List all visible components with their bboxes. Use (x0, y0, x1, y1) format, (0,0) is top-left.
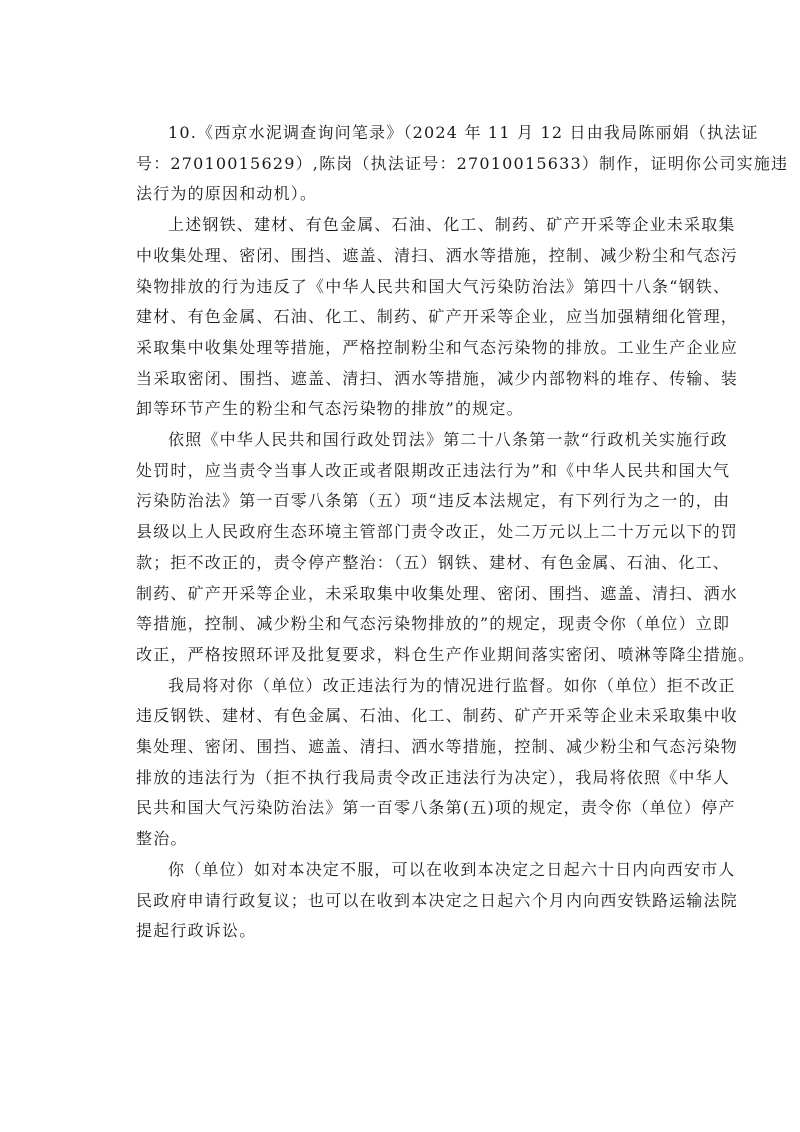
text-line: 县级以上人民政府生态环境主管部门责令改正，处二万元以上二十万元以下的罚 (136, 517, 670, 548)
text-line: 我局将对你（单位）改正违法行为的情况进行监督。如你（单位）拒不改正 (136, 671, 670, 702)
text-line: 整治。 (136, 824, 670, 855)
paragraph-appeal-rights: 你（单位）如对本决定不服，可以在收到本决定之日起六十日内向西安市人 民政府申请行… (136, 855, 670, 947)
text-line: 你（单位）如对本决定不服，可以在收到本决定之日起六十日内向西安市人 (136, 855, 670, 886)
text-line: 当采取密闭、围挡、遮盖、清扫、洒水等措施，减少内部物料的堆存、传输、装 (136, 364, 670, 395)
text-line: 依照《中华人民共和国行政处罚法》第二十八条第一款“行政机关实施行政 (136, 425, 670, 456)
text-line: 法行为的原因和动机）。 (136, 179, 670, 210)
text-line: 民共和国大气污染防治法》第一百零八条第(五)项的规定，责令你（单位）停产 (136, 793, 670, 824)
paragraph-evidence-item-10: 10.《西京水泥调查询问笔录》（2024 年 11 月 12 日由我局陈丽娟（执… (136, 118, 670, 210)
text-line: 改正，严格按照环评及批复要求，料仓生产作业期间落实密闭、喷淋等降尘措施。 (136, 640, 670, 671)
text-line: 违反钢铁、建材、有色金属、石油、化工、制药、矿产开采等企业未采取集中收 (136, 701, 670, 732)
text-line: 采取集中收集处理等措施，严格控制粉尘和气态污染物的排放。工业生产企业应 (136, 333, 670, 364)
text-line: 污染防治法》第一百零八条第（五）项“违反本法规定，有下列行为之一的，由 (136, 486, 670, 517)
text-line: 染物排放的行为违反了《中华人民共和国大气污染防治法》第四十八条“钢铁、 (136, 272, 670, 303)
text-line: 处罚时，应当责令当事人改正或者限期改正违法行为”和《中华人民共和国大气 (136, 456, 670, 487)
text-line: 民政府申请行政复议；也可以在收到本决定之日起六个月内向西安铁路运输法院 (136, 886, 670, 917)
text-line: 中收集处理、密闭、围挡、遮盖、清扫、洒水等措施，控制、减少粉尘和气态污 (136, 241, 670, 272)
paragraph-legal-basis-order: 依照《中华人民共和国行政处罚法》第二十八条第一款“行政机关实施行政 处罚时，应当… (136, 425, 670, 671)
paragraph-supervision-notice: 我局将对你（单位）改正违法行为的情况进行监督。如你（单位）拒不改正 违反钢铁、建… (136, 671, 670, 855)
text-line: 制药、矿产开采等企业，未采取集中收集处理、密闭、围挡、遮盖、清扫、洒水 (136, 579, 670, 610)
document-page: 10.《西京水泥调查询问笔录》（2024 年 11 月 12 日由我局陈丽娟（执… (136, 118, 670, 947)
text-line: 排放的违法行为（拒不执行我局责令改正违法行为决定），我局将依照《中华人 (136, 763, 670, 794)
text-line: 集处理、密闭、围挡、遮盖、清扫、洒水等措施，控制、减少粉尘和气态污染物 (136, 732, 670, 763)
text-line: 等措施，控制、减少粉尘和气态污染物排放的”的规定，现责令你（单位）立即 (136, 609, 670, 640)
text-line: 上述钢铁、建材、有色金属、石油、化工、制药、矿产开采等企业未采取集 (136, 210, 670, 241)
text-line: 10.《西京水泥调查询问笔录》（2024 年 11 月 12 日由我局陈丽娟（执… (136, 118, 670, 149)
text-line: 号：27010015629）,陈岗（执法证号：27010015633）制作，证明… (136, 149, 670, 180)
text-line: 建材、有色金属、石油、化工、制药、矿产开采等企业，应当加强精细化管理， (136, 302, 670, 333)
text-line: 款；拒不改正的，责令停产整治：（五）钢铁、建材、有色金属、石油、化工、 (136, 548, 670, 579)
text-line: 卸等环节产生的粉尘和气态污染物的排放”的规定。 (136, 394, 670, 425)
paragraph-violation-statement: 上述钢铁、建材、有色金属、石油、化工、制药、矿产开采等企业未采取集 中收集处理、… (136, 210, 670, 425)
text-line: 提起行政诉讼。 (136, 916, 670, 947)
